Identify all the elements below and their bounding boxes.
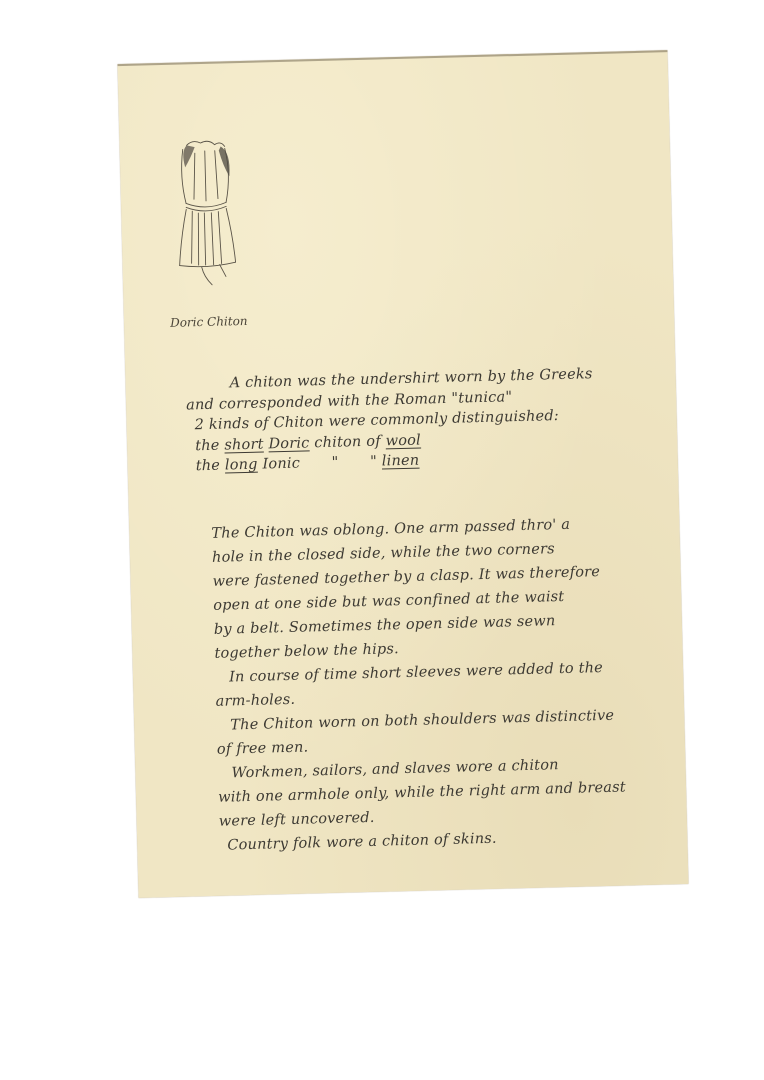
underlined-word: Doric	[268, 435, 309, 452]
paragraph-definition: A chiton was the undershirt worn by the …	[185, 364, 594, 477]
underlined-word: wool	[385, 432, 421, 449]
paragraph-description: The Chiton was oblong. One arm passed th…	[211, 512, 627, 858]
underlined-word: short	[224, 436, 264, 453]
illustration-caption: Doric Chiton	[170, 314, 248, 330]
underlined-word: long	[225, 457, 258, 474]
doric-chiton-sketch-icon	[164, 136, 248, 288]
underlined-word: linen	[382, 453, 420, 470]
handwritten-page: Doric Chiton A chiton was the undershirt…	[118, 50, 689, 898]
